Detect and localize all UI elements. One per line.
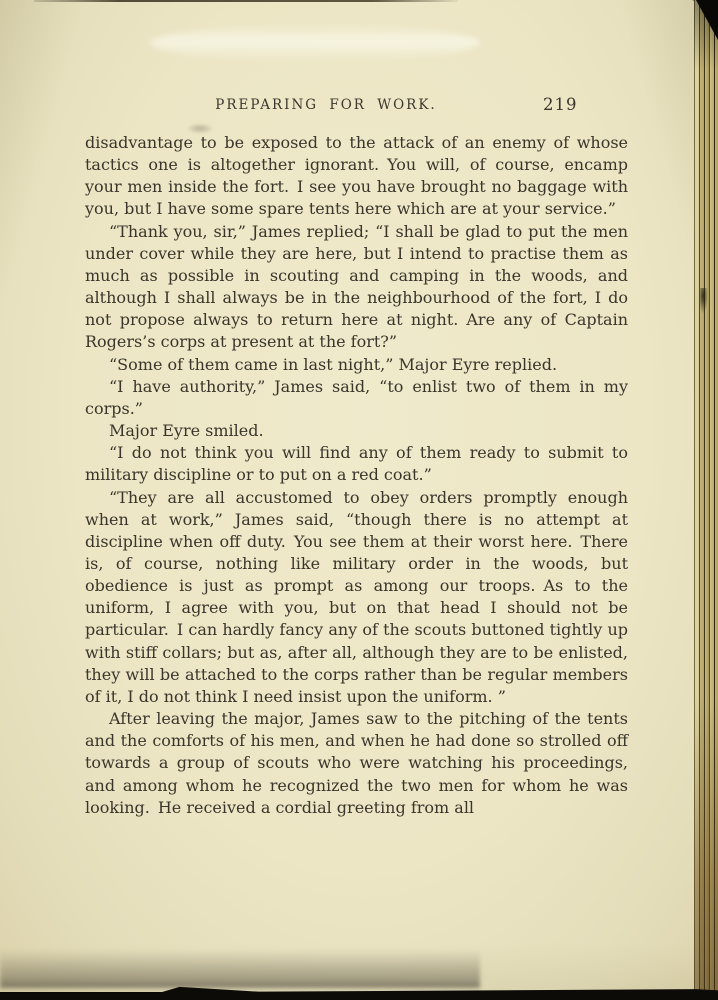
paragraph: “I do not think you will find any of the…	[85, 442, 628, 486]
paragraph: “I have authority,” James said, “to enli…	[85, 376, 628, 420]
paragraph: “Some of them came in last night,” Major…	[85, 354, 628, 376]
paragraph: Major Eyre smiled.	[85, 420, 628, 442]
paragraph: disadvantage to be exposed to the attack…	[85, 132, 628, 221]
page-text: disadvantage to be exposed to the attack…	[85, 132, 628, 819]
scan-light-streak	[150, 24, 480, 62]
paragraph: After leaving the major, James saw to th…	[85, 708, 628, 819]
book-page-edges	[694, 0, 718, 1000]
book-scan: PREPARING FOR WORK. 219 disadvantage to …	[0, 0, 718, 1000]
paragraph: “Thank you, sir,” James replied; “I shal…	[85, 221, 628, 354]
scan-top-edge-line	[34, 0, 458, 2]
paragraph: “They are all accustomed to obey orders …	[85, 487, 628, 709]
scan-bottom-shadow	[0, 950, 480, 988]
running-header: PREPARING FOR WORK.	[86, 97, 566, 113]
page-edge-mark	[700, 288, 708, 314]
book-page: PREPARING FOR WORK. 219 disadvantage to …	[0, 0, 697, 992]
paper-smudge	[186, 123, 214, 134]
page-number: 219	[543, 95, 578, 114]
